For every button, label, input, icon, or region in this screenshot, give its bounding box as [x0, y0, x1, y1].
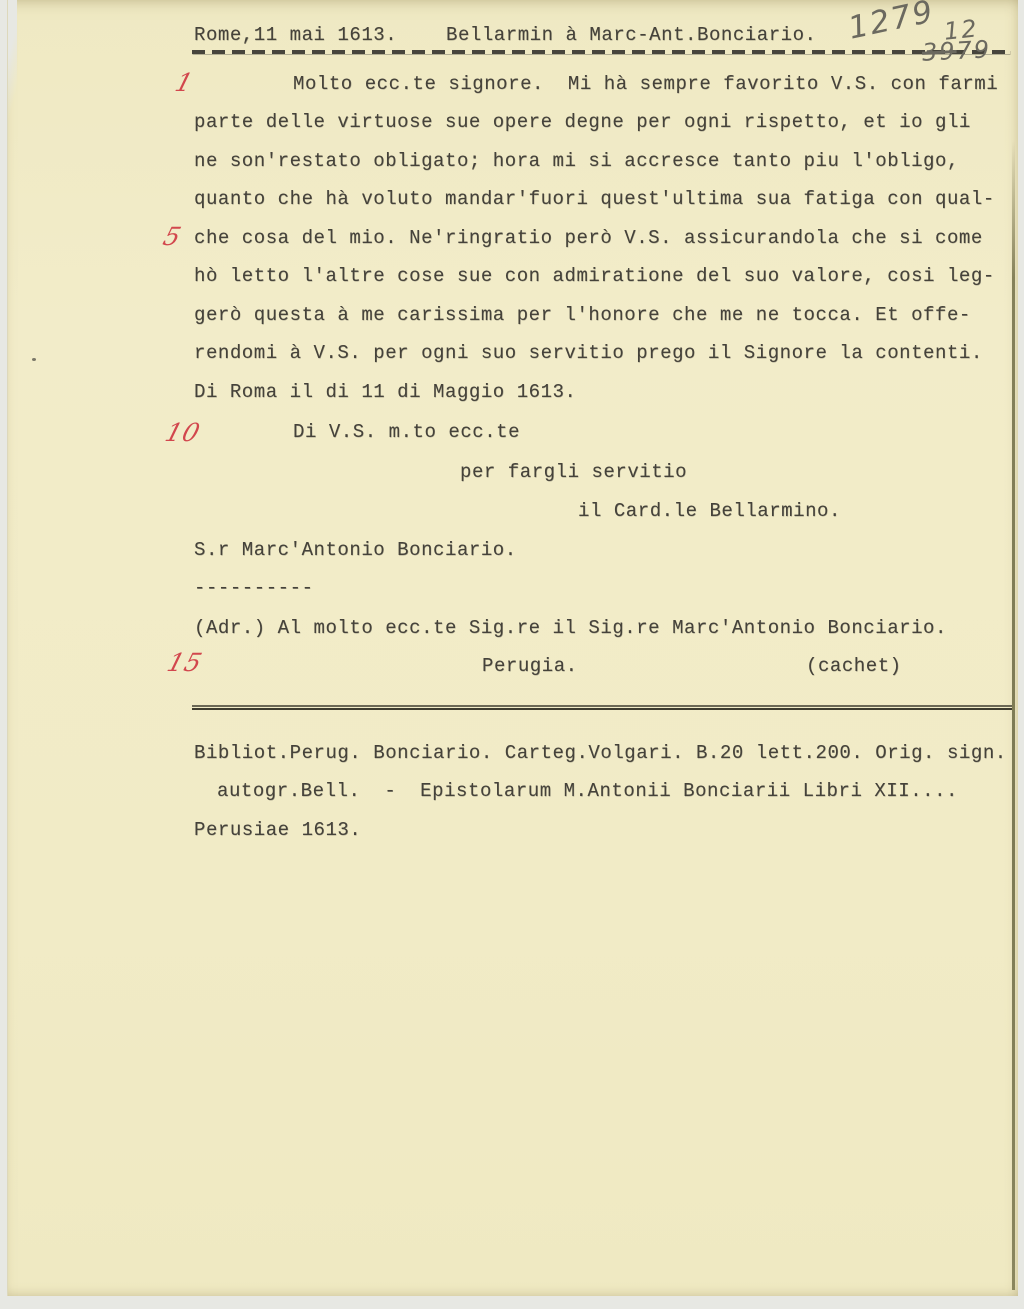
paper-edge-right	[1012, 140, 1015, 1290]
margin-line-number: 5	[160, 222, 185, 251]
valediction-line: per fargli servitio	[460, 460, 687, 484]
archive-reference-line: Bibliot.Perug. Bonciario. Carteg.Volgari…	[194, 741, 1007, 765]
margin-line-number: 15	[164, 648, 206, 677]
archive-reference-line: Perusiae 1613.	[194, 818, 361, 842]
letter-line: gerò questa à me carissima per l'honore …	[194, 303, 971, 327]
address-place: Perugia.	[482, 654, 578, 678]
address-line: (Adr.) Al molto ecc.te Sig.re il Sig.re …	[194, 616, 947, 640]
catalog-number-struck: 3979	[921, 35, 991, 67]
kept-digits: 79	[956, 35, 992, 65]
letter-line: ne son'restato obligato; hora mi si accr…	[194, 149, 959, 173]
archive-reference-line: autogr.Bell. - Epistolarum M.Antonii Bon…	[217, 779, 958, 803]
signature-line: il Card.le Bellarmino.	[578, 499, 841, 523]
letter-line: parte delle virtuose sue opere degne per…	[194, 110, 971, 134]
letter-title: Bellarmin à Marc-Ant.Bonciario.	[446, 23, 817, 47]
letter-line: quanto che hà voluto mandar'fuori quest'…	[194, 187, 995, 211]
cachet-note: (cachet)	[806, 654, 902, 678]
letter-line: hò letto l'altre cose sue con admiration…	[194, 264, 995, 288]
paper-edge-wedge	[8, 0, 17, 130]
letter-line: Di Roma il di 11 di Maggio 1613.	[194, 380, 576, 404]
paper-sheet: Rome,11 mai 1613. Bellarmin à Marc-Ant.B…	[7, 0, 1018, 1296]
dateline: Rome,11 mai 1613.	[194, 23, 397, 47]
scanned-page: Rome,11 mai 1613. Bellarmin à Marc-Ant.B…	[0, 0, 1024, 1309]
margin-line-number: 1	[172, 68, 197, 97]
letter-line: che cosa del mio. Ne'ringratio però V.S.…	[194, 226, 983, 250]
typed-dash-line: ----------	[194, 576, 314, 600]
valediction-line: Di V.S. m.to ecc.te	[293, 420, 520, 444]
margin-line-number: 10	[162, 418, 204, 447]
paper-speck	[32, 358, 36, 361]
addressee-line: S.r Marc'Antonio Bonciario.	[194, 538, 517, 562]
header-dash-rule	[192, 50, 1010, 54]
struck-digits: 39	[921, 37, 957, 67]
section-rule	[192, 705, 1014, 710]
letter-line: Molto ecc.te signore. Mi hà sempre favor…	[293, 72, 998, 96]
letter-line: rendomi à V.S. per ogni suo servitio pre…	[194, 341, 983, 365]
